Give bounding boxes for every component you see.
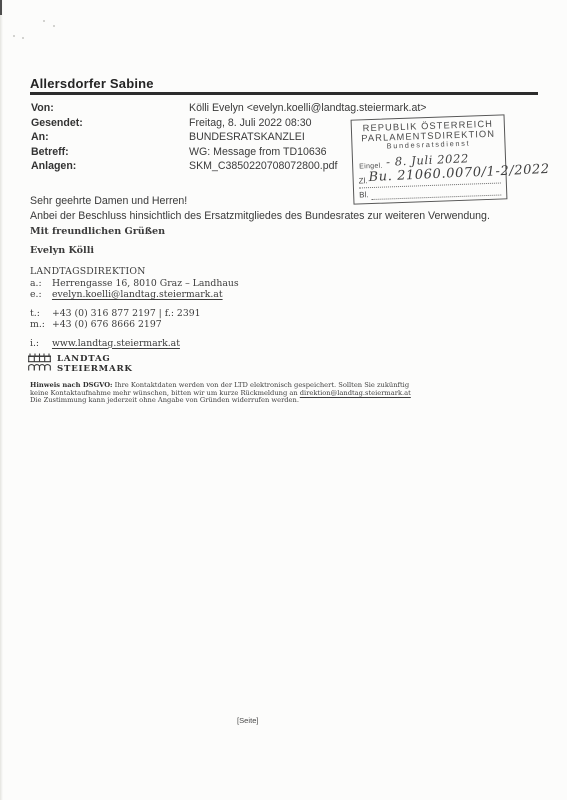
scan-corner-mark xyxy=(0,0,2,15)
scan-edge-shadow xyxy=(0,0,3,800)
stamp-bl-label: Bl. xyxy=(359,190,369,199)
recipient-name-heading: Allersdorfer Sabine xyxy=(30,76,154,91)
signature-phone-row: t.: +43 (0) 316 877 2197 | f.: 2391 xyxy=(30,308,201,319)
field-value-attachment: SKM_C3850220708072800.pdf xyxy=(189,159,337,174)
signature-address-row: a.: Herrengasse 16, 8010 Graz – Landhaus xyxy=(30,278,239,289)
scanned-email-document: Allersdorfer Sabine Von: Kölli Evelyn <e… xyxy=(0,0,567,800)
dsgvo-disclaimer: Hinweis nach DSGVO: Ihre Kontaktdaten we… xyxy=(30,382,432,405)
stamp-dotted-line xyxy=(371,194,501,200)
body-text: Anbei der Beschluss hinsichtlich des Ers… xyxy=(30,210,490,222)
disclaimer-email-link[interactable]: direktion@landtag.steiermark.at xyxy=(300,389,411,397)
sig-label-mobile: m.: xyxy=(30,319,49,330)
sig-mobile-value: +43 (0) 676 8666 2197 xyxy=(52,319,162,330)
sig-label-address: a.: xyxy=(30,278,49,289)
field-label: Gesendet: xyxy=(31,116,189,131)
salutation: Sehr geehrte Damen und Herren! xyxy=(30,195,187,207)
signature-organization: LANDTAGSDIREKTION xyxy=(30,266,146,277)
sig-email-link[interactable]: evelyn.koelli@landtag.steiermark.at xyxy=(52,289,223,300)
sig-label-website: i.: xyxy=(30,338,49,349)
field-value-subject: WG: Message from TD10636 xyxy=(189,145,327,160)
field-value-from: Kölli Evelyn <evelyn.koelli@landtag.stei… xyxy=(189,101,426,116)
field-row-von: Von: Kölli Evelyn <evelyn.koelli@landtag… xyxy=(31,101,511,116)
field-label: Von: xyxy=(31,101,189,116)
signature-email-row: e.: evelyn.koelli@landtag.steiermark.at xyxy=(30,289,223,300)
disclaimer-line3: Die Zustimmung kann jederzeit ohne Angab… xyxy=(30,396,299,404)
field-value-to: BUNDESRATSKANZLEI xyxy=(189,130,305,145)
scan-speck xyxy=(53,25,55,27)
page-footer-tag: [Seite] xyxy=(237,716,259,725)
field-label: Anlagen: xyxy=(31,159,189,174)
scan-speck xyxy=(43,20,45,22)
stamp-zl-label: Zl. xyxy=(359,176,368,185)
sig-label-phone: t.: xyxy=(30,308,49,319)
field-label: Betreff: xyxy=(31,145,189,160)
heading-rule xyxy=(30,92,538,95)
sender-name: Evelyn Kölli xyxy=(30,245,94,256)
signature-mobile-row: m.: +43 (0) 676 8666 2197 xyxy=(30,319,162,330)
entry-stamp: REPUBLIK ÖSTERREICH PARLAMENTSDIREKTION … xyxy=(351,114,508,204)
sig-label-email: e.: xyxy=(30,289,49,300)
field-value-sent-date: Freitag, 8. Juli 2022 08:30 xyxy=(189,116,312,131)
sig-website-link[interactable]: www.landtag.steiermark.at xyxy=(52,338,180,349)
sig-address-value: Herrengasse 16, 8010 Graz – Landhaus xyxy=(52,278,239,289)
field-label: An: xyxy=(31,130,189,145)
logo-text-landtag: LANDTAG xyxy=(57,354,111,364)
scan-speck xyxy=(22,37,24,39)
logo-text-steiermark: STEIERMARK xyxy=(57,364,133,374)
signature-website-row: i.: www.landtag.steiermark.at xyxy=(30,338,180,349)
sig-phone-value: +43 (0) 316 877 2197 | f.: 2391 xyxy=(52,308,201,319)
landtag-steiermark-logo-icon xyxy=(28,353,51,376)
closing-phrase: Mit freundlichen Grüßen xyxy=(30,226,165,237)
scan-speck xyxy=(13,35,15,37)
